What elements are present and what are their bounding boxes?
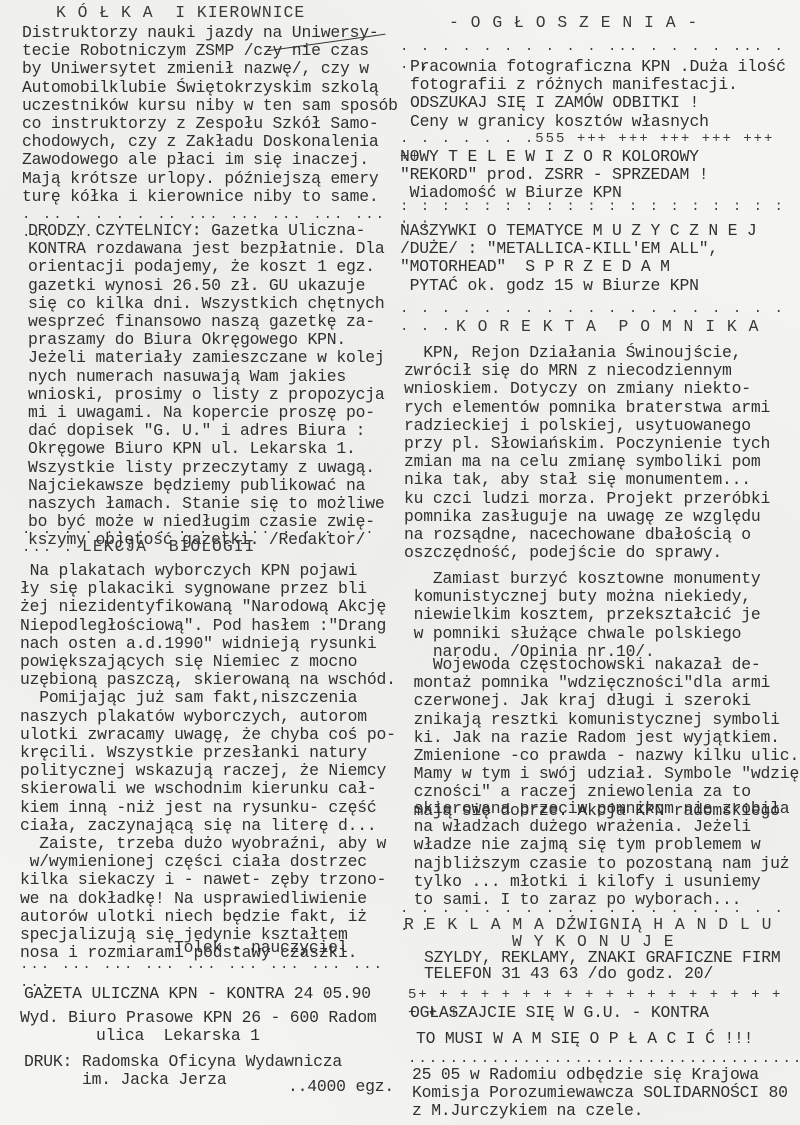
korekta-body-4: skierowana przeciw pomnikom nie zrobiła … <box>404 800 789 909</box>
korekta-text-line: KPN, Rejon Działania Świnoujście, <box>404 344 770 362</box>
korekta-title-wrap: K O R E K T A P O M N I K A <box>456 318 759 336</box>
korekta-title: K O R E K T A P O M N I K A <box>456 318 759 336</box>
tv-ad-line: NOWY T E L E W I Z O R KOLOROWY <box>400 148 708 166</box>
korekta-body-2: Zamiast burzyć kosztowne monumenty komun… <box>404 570 761 661</box>
solidarnosc-text-line: 25 05 w Radomiu odbędzie się Krajowa <box>412 1066 788 1084</box>
korekta-text-line: w pomniki służące chwale polskiego <box>404 625 761 643</box>
tv-ad: NOWY T E L E W I Z O R KOLOROWY"REKORD" … <box>400 148 708 203</box>
foto-ad-line: Ceny w granicy kosztów własnych <box>410 113 786 131</box>
lekcja-text-line: ły się plakaciki sygnowane przez bli <box>20 580 396 598</box>
circulation: ..4000 egz. <box>288 1078 394 1096</box>
lekcja-text-line: żej niezidentyfikowaną "Narodową Akcję <box>20 598 396 616</box>
lekcja-text-line: uzębioną paszczą, skierowaną na wschód. <box>20 671 396 689</box>
publisher-line-2: ulica Lekarska 1 <box>20 1027 377 1045</box>
lekcja-text-line: w/wymienionej części ciała dostrzec <box>20 853 396 871</box>
kolka-text-line: Mają krótsze urlopy. późniejszą emery <box>22 170 398 188</box>
korekta-body-3: Wojewoda częstochowski nakazał de- monta… <box>404 656 799 820</box>
naszywki-ad: NASZYWKI O TEMATYCE M U Z Y C Z N E J/DU… <box>400 222 757 295</box>
masthead: GAZETA ULICZNA KPN - KONTRA 24 05.90 <box>24 985 371 1003</box>
print-line-1: DRUK: Radomska Oficyna Wydawnicza <box>24 1053 342 1071</box>
drodzy-text-line: dać dopisek "G. U." i adres Biura : <box>28 422 385 440</box>
kolka-text-line: Zawodowego ale płaci im się inaczej. <box>22 151 398 169</box>
korekta-text-line: najbliższym czasie to pozostaną nam już <box>404 855 789 873</box>
lekcja-text-line: kiem inną -niż jest na rysunku- część <box>20 799 396 817</box>
korekta-text-line: montaż pomnika "wdzięczności"dla armi <box>404 674 799 692</box>
solidarnosc-text-line: z M.Jurczykiem na czele. <box>412 1102 788 1120</box>
lekcja-text-line: powiększających się Niemiec z mocno <box>20 653 396 671</box>
kolka-text-line: turę kółka i kierownice niby to same. <box>22 188 398 206</box>
korekta-text-line: władze nie zajmą się tym problemem w <box>404 836 789 854</box>
lekcja-text-line: ulotki zwracamy uwagę, że chyba coś po- <box>20 726 396 744</box>
lekcja-text-line: kilka siekaczy i - nawet- zęby trzono- <box>20 871 396 889</box>
korekta-text-line: ki. Jak na razie Radom jest wyjątkiem. <box>404 729 799 747</box>
drodzy-text-line: naszych łamach. Stanie się to możliwe <box>28 495 385 513</box>
lekcja-body: Na plakatach wyborczych KPN pojawiły się… <box>20 562 396 962</box>
kolka-body: Distruktorzy nauki jazdy na Uniwersy-tec… <box>22 24 398 206</box>
drodzy-section: DRODZY CZYTELNICY: Gazetka Uliczna-KONTR… <box>28 222 385 550</box>
lekcja-title: LEKCJA BIOLOGII <box>82 538 255 556</box>
korekta-text-line: przy pl. Słowiańskim. Poczynienie tych <box>404 435 770 453</box>
korekta-text-line: komunistycznej buty można niekiedy, <box>404 588 761 606</box>
circulation-wrap: ..4000 egz. <box>288 1078 394 1096</box>
korekta-text-line: znikają resztki komunistycznej symboli <box>404 711 799 729</box>
promo-ad: OGŁASZAJCIE SIĘ W G.U. - KONTRA TO MUSI … <box>410 1004 753 1048</box>
lekcja-text-line: autorów ulotki niech będzie fakt, iż <box>20 908 396 926</box>
solidarnosc-text-line: Komisja Porozumiewawcza SOLIDARNOŚCI 80 <box>412 1084 788 1102</box>
korekta-text-line: nika tak, aby stał się monumentem... <box>404 471 770 489</box>
naszywki-ad-line: NASZYWKI O TEMATYCE M U Z Y C Z N E J <box>400 222 757 240</box>
promo-line-1: OGŁASZAJCIE SIĘ W G.U. - KONTRA <box>410 1004 753 1022</box>
naszywki-ad-line: /DUŻE/ : "METALLICA-KILL'EM ALL", <box>400 240 757 258</box>
lekcja-title-wrap: LEKCJA BIOLOGII <box>82 538 255 556</box>
drodzy-text-line: orientacji podajemy, że koszt 1 egz. <box>28 258 385 276</box>
korekta-text-line: zwrócił się do MRN z niecodziennym <box>404 362 770 380</box>
drodzy-text-line: DRODZY CZYTELNICY: Gazetka Uliczna- <box>28 222 385 240</box>
korekta-text-line: niewielkim kosztem, przekształcić je <box>404 606 761 624</box>
drodzy-text-line: Wszystkie listy przeczytamy z uwagą. <box>28 459 385 477</box>
drodzy-text-line: praszamy do Biura Okręgowego KPN. <box>28 331 385 349</box>
drodzy-text-line: się co kilka dni. Wszystkich chętnych <box>28 295 385 313</box>
lekcja-text-line: politycznej wskazują raczej, że Niemcy <box>20 762 396 780</box>
drodzy-text-line: Okręgowe Biuro KPN ul. Lekarska 1. <box>28 440 385 458</box>
ogloszenia-title: - O G Ł O S Z E N I A - <box>449 14 698 32</box>
drodzy-text-line: wnioski, prosimy o listy z propozycja <box>28 386 385 404</box>
lekcja-text-line: Na plakatach wyborczych KPN pojawi <box>20 562 396 580</box>
foto-ad: Pracownia fotograficzna KPN .Duża ilośćf… <box>410 58 786 131</box>
foto-ad-line: Pracownia fotograficzna KPN .Duża ilość <box>410 58 786 76</box>
reklama-phone: TELEFON 31 43 63 /do godz. 20/ <box>404 966 781 982</box>
drodzy-text-line: Najciekawsze będziemy publikować na <box>28 477 385 495</box>
promo-line-2: TO MUSI W A M SIĘ O P Ł A C I Ć !!! <box>410 1030 753 1048</box>
lekcja-text-line: Pomijając już sam fakt,niszczenia <box>20 689 396 707</box>
kolka-text-line: tecie Robotniczym ZSMP /czy nie czas <box>22 42 398 60</box>
kolka-text-line: chodowych, czy z Zakładu Doskonalenia <box>22 133 398 151</box>
kolka-text-line: by Uniwersytet zmienił nazwę/, czy w <box>22 60 398 78</box>
korekta-text-line: Mamy w tym i swój udział. Symbole "wdzię <box>404 765 799 783</box>
publisher-info: Wyd. Biuro Prasowe KPN 26 - 600 Radom ul… <box>20 1009 377 1045</box>
lekcja-signature-wrap: Tolek - nauczyciel <box>174 939 347 957</box>
korekta-text-line: Wojewoda częstochowski nakazał de- <box>404 656 799 674</box>
lekcja-text-line: we na dokładkę! Na usprawiedliwienie <box>20 890 396 908</box>
drodzy-text-line: KONTRA rozdawana jest bezpłatnie. Dla <box>28 240 385 258</box>
lekcja-text-line: skierowali we wschodnim kierunku cał- <box>20 780 396 798</box>
korekta-text-line: tylko ... młotki i kilofy i usuniemy <box>404 873 789 891</box>
foto-ad-line: fotografii z różnych manifestacji. <box>410 76 786 94</box>
masthead-footer: GAZETA ULICZNA KPN - KONTRA 24 05.90 <box>24 985 371 1003</box>
naszywki-ad-line: PYTAĆ ok. godz 15 w Biurze KPN <box>400 277 757 295</box>
korekta-text-line: wnioskiem. Dotyczy on zmiany niekto- <box>404 380 770 398</box>
lekcja-text-line: Zaiste, trzeba dużo wyobraźni, aby w <box>20 835 396 853</box>
foto-ad-line: ODSZUKAJ SIĘ I ZAMÓW ODBITKI ! <box>410 94 786 112</box>
publisher-line-1: Wyd. Biuro Prasowe KPN 26 - 600 Radom <box>20 1009 377 1027</box>
korekta-text-line: rych elementów pomnika braterstwa armi <box>404 399 770 417</box>
lekcja-signature: Tolek - nauczyciel <box>174 939 347 957</box>
kolka-text-line: co instruktorzy z Zespołu Szkół Samo- <box>22 115 398 133</box>
korekta-text-line: czerwonej. Jak kraj długi i szeroki <box>404 692 799 710</box>
lekcja-text-line: naszych plakatów wyborczych, autorom <box>20 708 396 726</box>
korekta-text-line: Zamiast burzyć kosztowne monumenty <box>404 570 761 588</box>
tv-ad-line: "REKORD" prod. ZSRR - SPRZEDAM ! <box>400 166 708 184</box>
korekta-text-line: ku czci ludzi morza. Projekt przeróbki <box>404 490 770 508</box>
lekcja-text-line: kręcili. Wszystkie przesłanki natury <box>20 744 396 762</box>
ogloszenia-title-wrap: - O G Ł O S Z E N I A - <box>449 14 698 32</box>
korekta-text-line: skierowana przeciw pomnikom nie zrobiła <box>404 800 789 818</box>
drodzy-text-line: mi i uwagami. Na kopercie proszę po- <box>28 404 385 422</box>
reklama-ad: R E K L A M A DŹWIGNIĄ H A N D L U W Y K… <box>404 916 781 982</box>
korekta-text-line: zmian ma na celu zmianę symboliki pom <box>404 453 770 471</box>
drodzy-text-line: Jeżeli materiały zamieszczane w kolej <box>28 349 385 367</box>
typewritten-newsletter-page: K Ó Ł K A I KIEROWNICE Distruktorzy nauk… <box>0 0 800 1125</box>
korekta-text-line: na rozsądne, nacechowane dbałością o <box>404 526 770 544</box>
solidarnosc-notice: 25 05 w Radomiu odbędzie się KrajowaKomi… <box>412 1066 788 1121</box>
lekcja-text-line: ciała, zaczynającą się na literę d... <box>20 817 396 835</box>
lekcja-text-line: nach osten a.d.1990" widnieją rysunki <box>20 635 396 653</box>
korekta-text-line: radzieckiej i polskiej, usytuowanego <box>404 417 770 435</box>
drodzy-text-line: wesprzeć finansowo naszą gazetkę za- <box>28 313 385 331</box>
korekta-text-line: pomnika zasługuje na uwagę ze względu <box>404 508 770 526</box>
lekcja-text-line: Niepodległościową". Pod hasłem :"Drang <box>20 617 396 635</box>
kolka-text-line: Automobilklubie Świętokrzyskim szkolą <box>22 79 398 97</box>
kolka-text-line: uczestników kursu niby w ten sam sposób <box>22 97 398 115</box>
korekta-text-line: oszczędność, podejście do sprawy. <box>404 544 770 562</box>
korekta-text-line: na władzach dużego wrażenia. Jeżeli <box>404 818 789 836</box>
kolka-section: K Ó Ł K A I KIEROWNICE <box>56 4 305 22</box>
korekta-text-line: Zmienione -co prawda - nazwy kilku ulic. <box>404 747 799 765</box>
drodzy-text-line: gazetki wynosi 26.50 zł. GU ukazuje <box>28 277 385 295</box>
korekta-body-1: KPN, Rejon Działania Świnoujście,zwrócił… <box>404 344 770 562</box>
naszywki-ad-line: "MOTORHEAD" S P R Z E D A M <box>400 258 757 276</box>
drodzy-text-line: nych numerach nasuwają Wam jakies <box>28 368 385 386</box>
kolka-title: K Ó Ł K A I KIEROWNICE <box>56 4 305 22</box>
